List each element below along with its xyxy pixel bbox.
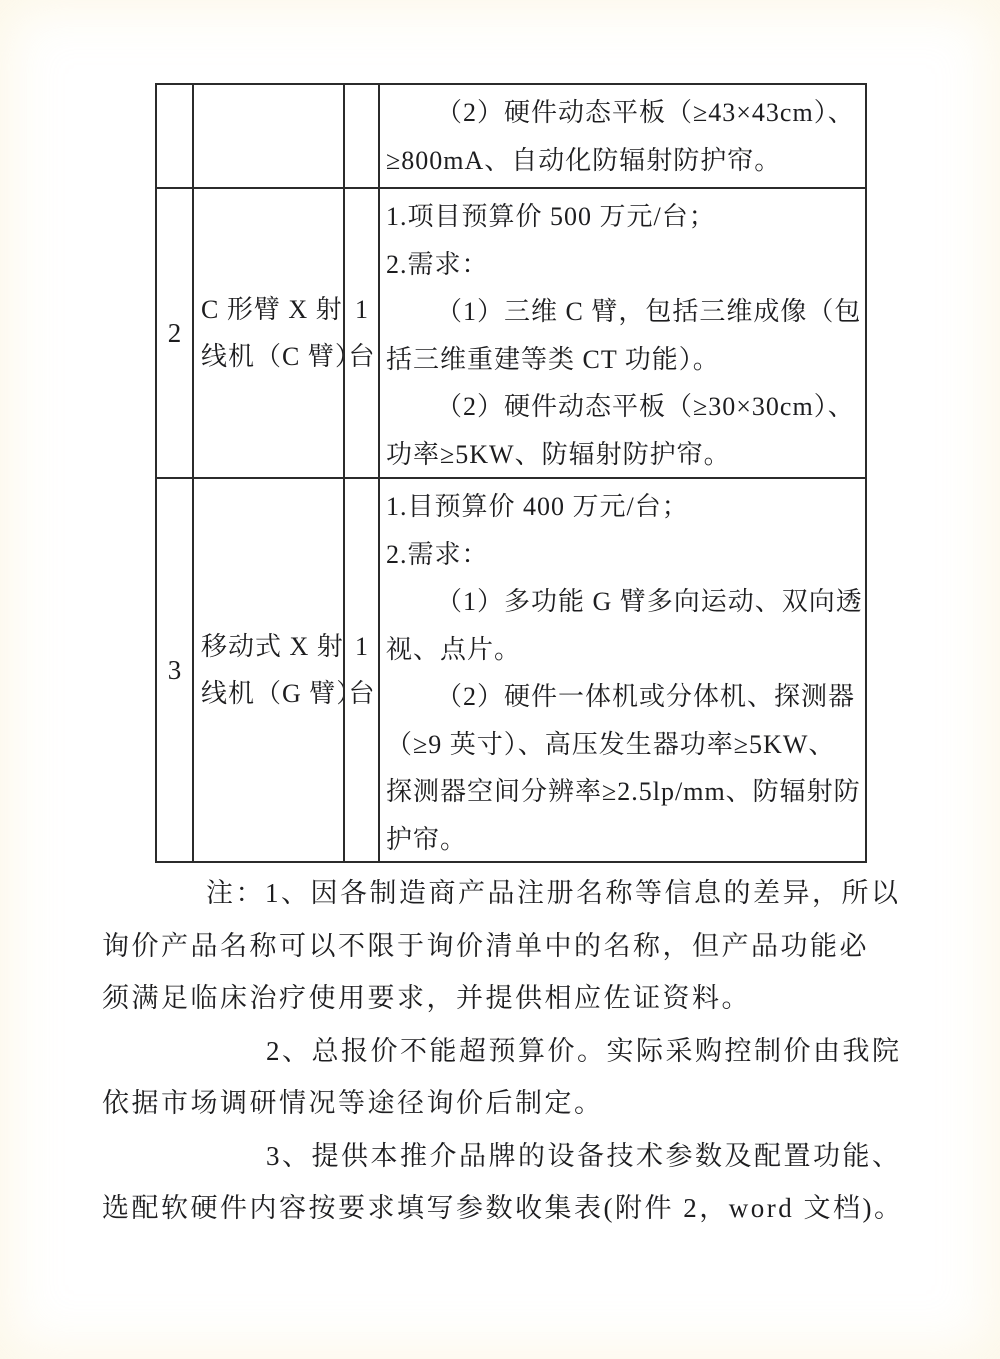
table-row3-num-cell: 3 [157, 479, 194, 861]
quantity-unit: 台 [345, 333, 378, 381]
table-row1-num-cell [157, 85, 194, 189]
table-row3-qty-cell: 1 台 [345, 479, 380, 861]
content-line: （2）硬件一体机或分体机、探测器 [386, 673, 863, 721]
equipment-table: （2）硬件动态平板（≥43×43cm）、 ≥800mA、自动化防辐射防护帘。 2… [155, 83, 867, 863]
table-row2-qty-cell: 1 台 [345, 189, 380, 479]
content-line: 视、点片。 [386, 626, 863, 674]
equipment-name-line: 线机（C 臂） [194, 333, 343, 381]
note-line: 须满足临床治疗使用要求，并提供相应佐证资料。 [102, 972, 892, 1025]
content-line: 2.需求： [386, 241, 863, 289]
table-row1-content-cell: （2）硬件动态平板（≥43×43cm）、 ≥800mA、自动化防辐射防护帘。 [380, 85, 865, 189]
table-row3-content-cell: 1.目预算价 400 万元/台； 2.需求： （1）多功能 G 臂多向运动、双向… [380, 479, 865, 861]
content-line: （1）三维 C 臂，包括三维成像（包 [386, 288, 863, 336]
content-line: ≥800mA、自动化防辐射防护帘。 [386, 137, 863, 185]
scanned-document-page: （2）硬件动态平板（≥43×43cm）、 ≥800mA、自动化防辐射防护帘。 2… [0, 0, 1000, 1359]
note-line: 选配软硬件内容按要求填写参数收集表(附件 2，word 文档)。 [102, 1182, 892, 1235]
table-row3-name-cell: 移动式 X 射 线机（G 臂） [194, 479, 345, 861]
table-row2-name-cell: C 形臂 X 射 线机（C 臂） [194, 189, 345, 479]
content-line: 探测器空间分辨率≥2.5lp/mm、防辐射防 [386, 768, 863, 816]
note-line: 3、提供本推介品牌的设备技术参数及配置功能、 [102, 1130, 892, 1183]
note-line: 2、总报价不能超预算价。实际采购控制价由我院 [102, 1025, 892, 1078]
content-line: （2）硬件动态平板（≥30×30cm）、 [386, 383, 863, 431]
equipment-name-line: 移动式 X 射 [194, 623, 343, 671]
content-line: （≥9 英寸）、高压发生器功率≥5KW、 [386, 721, 863, 769]
table-row2-num-cell: 2 [157, 189, 194, 479]
equipment-name-line: C 形臂 X 射 [194, 286, 343, 334]
table-row1-qty-cell [345, 85, 380, 189]
note-line: 注：1、因各制造商产品注册名称等信息的差异，所以 [102, 867, 892, 920]
table-row2-content-cell: 1.项目预算价 500 万元/台； 2.需求： （1）三维 C 臂，包括三维成像… [380, 189, 865, 479]
quantity-unit: 台 [345, 670, 378, 718]
content-line: 护帘。 [386, 816, 863, 862]
content-line: 括三维重建等类 CT 功能）。 [386, 336, 863, 384]
notes-section: 注：1、因各制造商产品注册名称等信息的差异，所以 询价产品名称可以不限于询价清单… [102, 867, 892, 1235]
table-row1-name-cell [194, 85, 345, 189]
content-line: 2.需求： [386, 531, 863, 579]
content-line: 1.项目预算价 500 万元/台； [386, 193, 863, 241]
note-line: 询价产品名称可以不限于询价清单中的名称，但产品功能必 [102, 920, 892, 973]
quantity-value: 1 [345, 623, 378, 671]
content-line: 功率≥5KW、防辐射防护帘。 [386, 431, 863, 479]
content-line: （2）硬件动态平板（≥43×43cm）、 [386, 89, 863, 137]
equipment-name-line: 线机（G 臂） [194, 670, 343, 718]
content-line: 1.目预算价 400 万元/台； [386, 483, 863, 531]
quantity-value: 1 [345, 286, 378, 334]
content-line: （1）多功能 G 臂多向运动、双向透 [386, 578, 863, 626]
note-line: 依据市场调研情况等途径询价后制定。 [102, 1077, 892, 1130]
